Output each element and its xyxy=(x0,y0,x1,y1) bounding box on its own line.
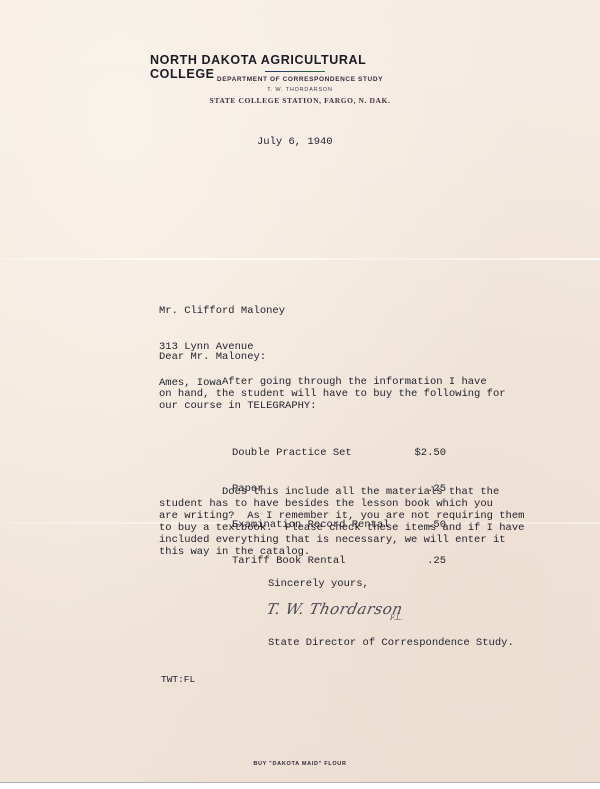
reference-initials: TWT:FL xyxy=(161,674,195,686)
closing: Sincerely yours, xyxy=(268,578,369,590)
letterhead-address: STATE COLLEGE STATION, FARGO, N. DAK. xyxy=(140,96,460,105)
letterhead-director: T. W. THORDARSON xyxy=(140,87,460,93)
signer-title: State Director of Correspondence Study. xyxy=(268,637,514,649)
salutation: Dear Mr. Maloney: xyxy=(159,351,266,363)
letter-date: July 6, 1940 xyxy=(257,136,333,148)
body-paragraph-2: Does this include all the materials that… xyxy=(159,486,524,558)
signature-initials: F.L. xyxy=(390,614,403,622)
item-name: Double Practice Set xyxy=(232,447,352,459)
item-price: $2.50 xyxy=(414,447,446,459)
body-paragraph-1: After going through the information I ha… xyxy=(159,376,506,412)
letterhead-rule xyxy=(265,71,325,72)
recipient-name: Mr. Clifford Maloney xyxy=(159,305,285,317)
handwritten-signature: T. W. Thordarson xyxy=(265,600,404,618)
list-item: Double Practice Set$2.50 xyxy=(232,447,446,459)
footer-slogan: BUY "DAKOTA MAID" FLOUR xyxy=(0,761,600,767)
letter-paper: NORTH DAKOTA AGRICULTURAL COLLEGE DEPART… xyxy=(0,0,600,783)
fold-line xyxy=(0,258,600,260)
letterhead-department: DEPARTMENT OF CORRESPONDENCE STUDY xyxy=(140,76,460,83)
